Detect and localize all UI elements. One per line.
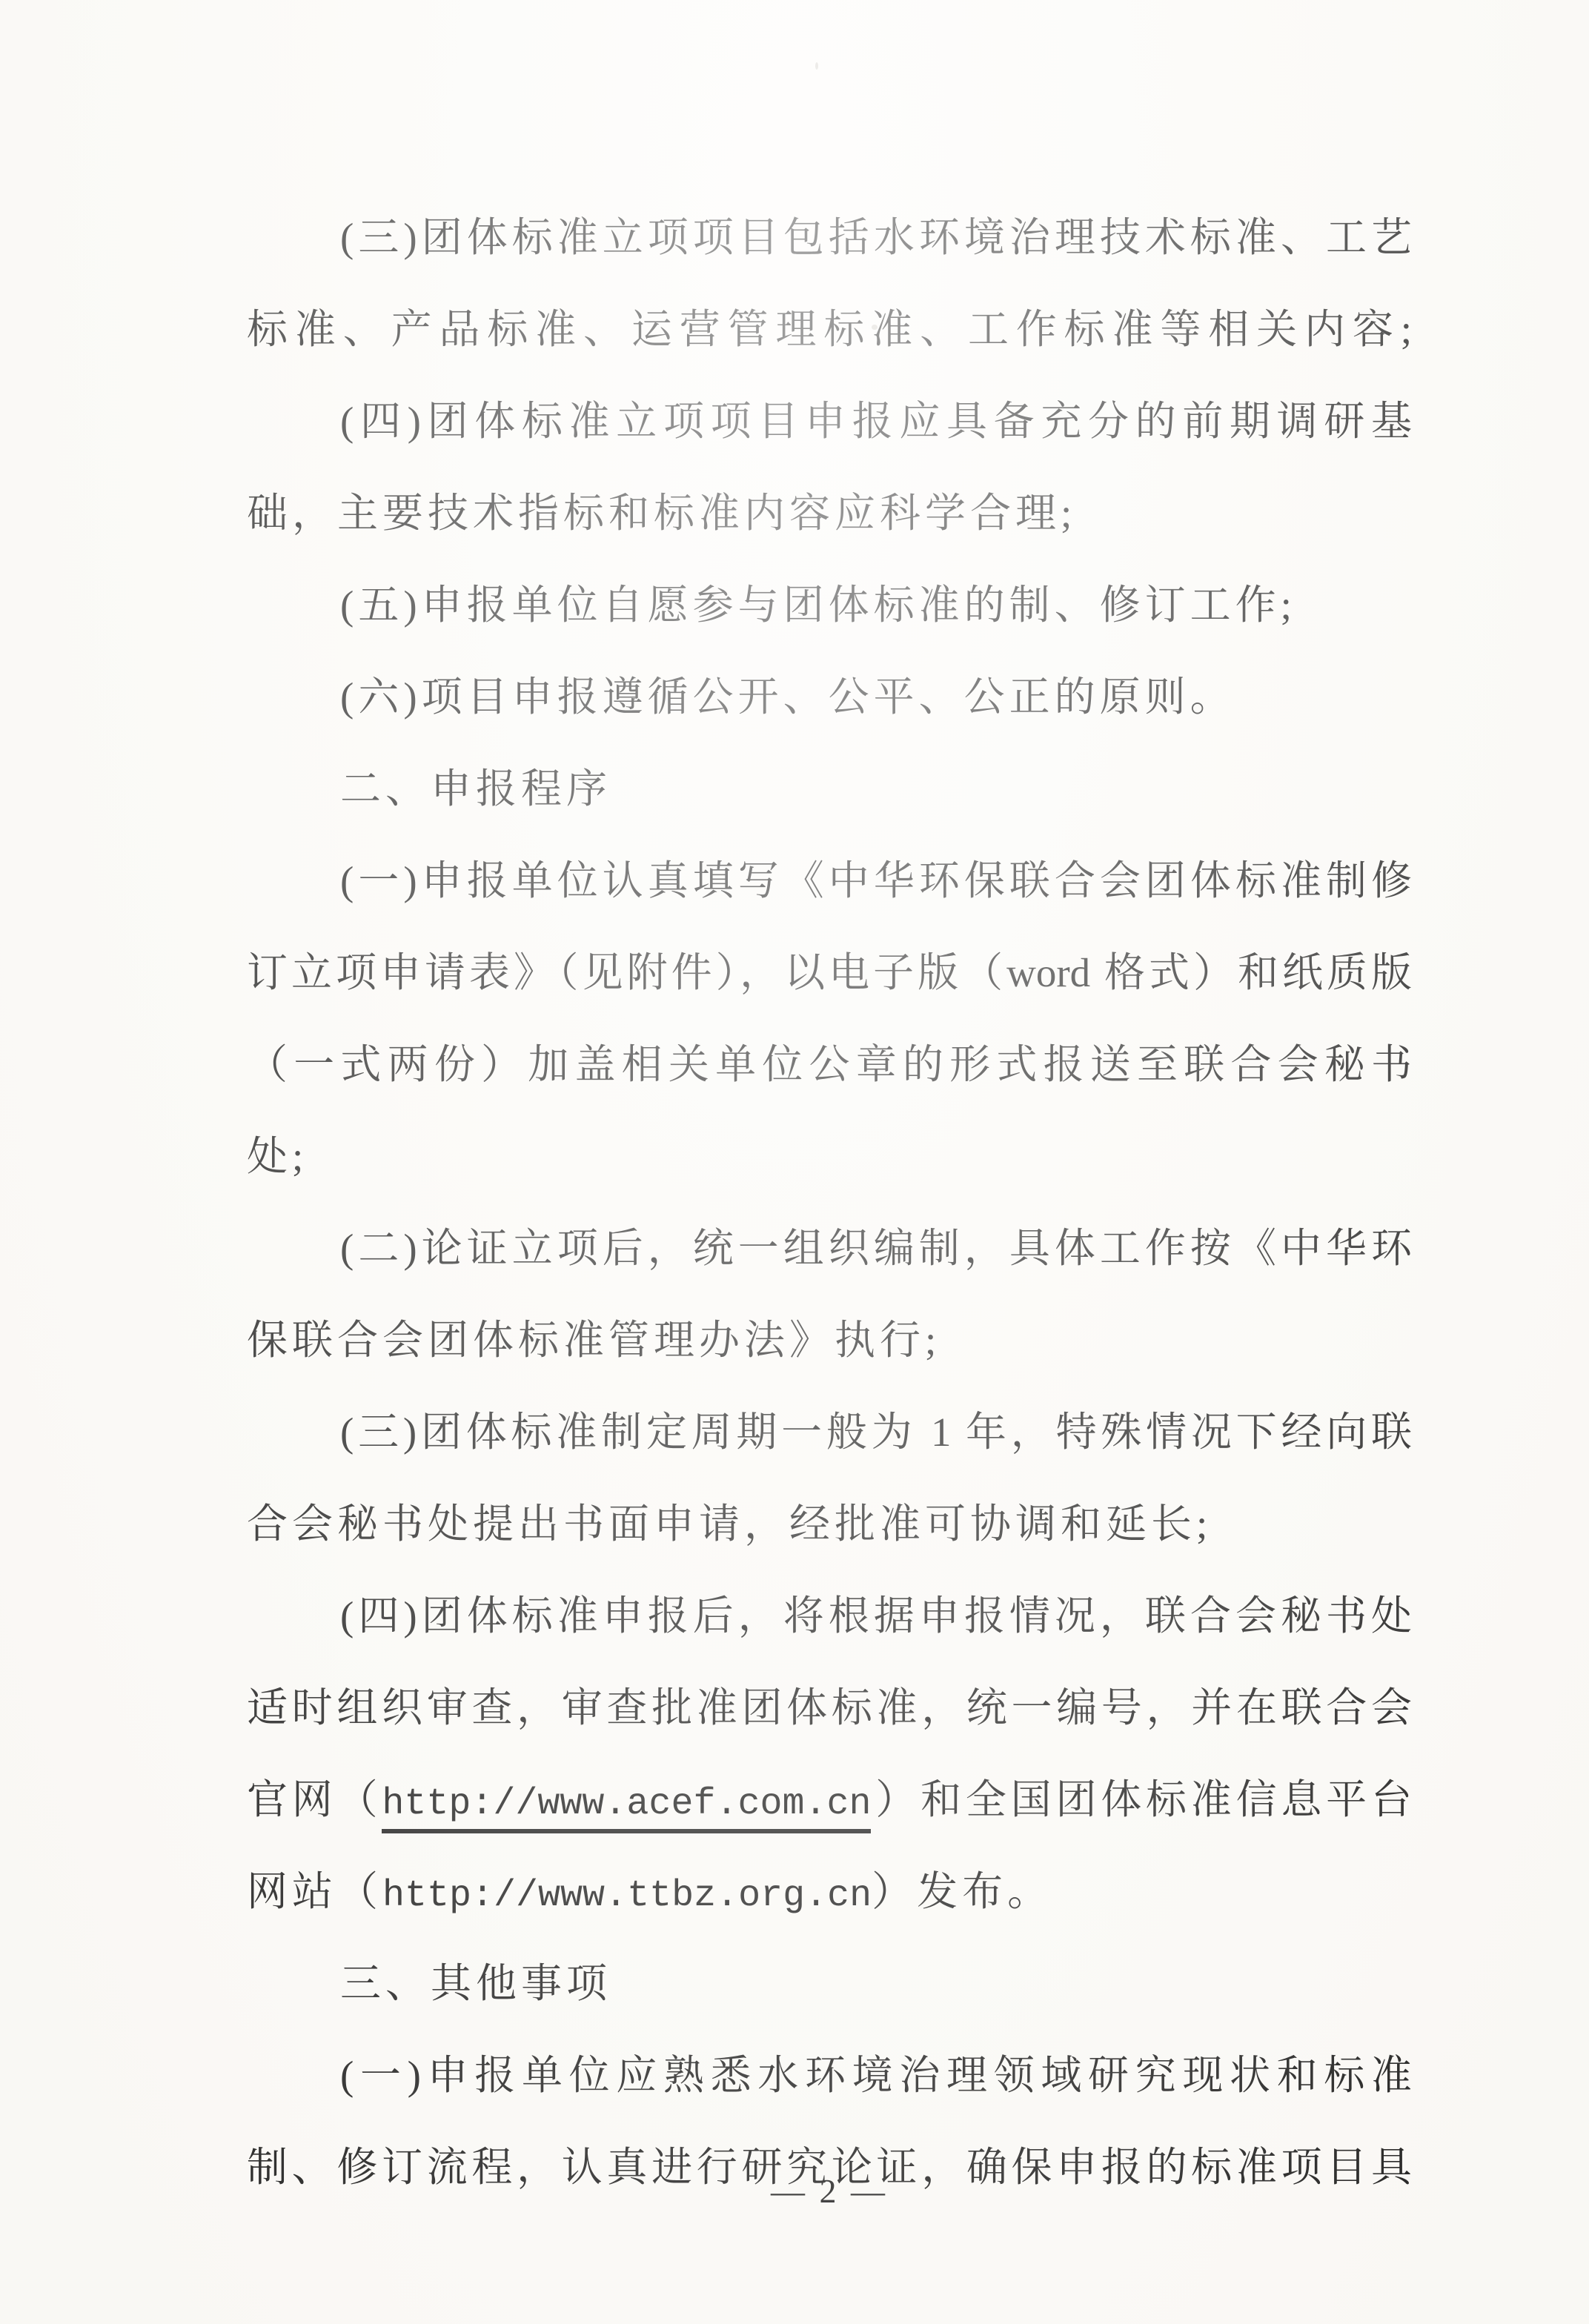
scan-speck <box>872 325 878 330</box>
text-line: (一)申报单位应熟悉水环境治理领域研究现状和标准 <box>247 2030 1412 2122</box>
text-line: (四)团体标准申报后，将根据申报情况，联合会秘书处 <box>247 1570 1412 1662</box>
text-line-acef-url: 官网（http://www.acef.com.cn）和全国团体标准信息平台 <box>247 1754 1412 1846</box>
text-line: (五)申报单位自愿参与团体标准的制、修订工作; <box>247 560 1412 651</box>
text-line: (六)项目申报遵循公开、公平、公正的原则。 <box>247 651 1412 743</box>
text-line-ttbz-url: 网站（http://www.ttbz.org.cn）发布。 <box>247 1846 1412 1938</box>
scan-speck <box>815 62 818 70</box>
section-heading-2: 二、申报程序 <box>247 743 1412 835</box>
url-suffix-text: ）发布。 <box>872 1869 1052 1914</box>
url-prefix-text: 网站（ <box>247 1869 382 1914</box>
url-suffix-text: ）和全国团体标准信息平台 <box>871 1777 1412 1822</box>
document-body: (三)团体标准立项项目包括水环境治理技术标准、工艺 标准、产品标准、运营管理标准… <box>247 192 1412 2214</box>
ttbz-website-url: http://www.ttbz.org.cn <box>382 1875 872 1917</box>
text-line: 保联合会团体标准管理办法》执行; <box>247 1295 1412 1387</box>
page-number: — 2 — <box>247 2165 1412 2217</box>
text-line: 处; <box>247 1111 1412 1203</box>
url-prefix-text: 官网（ <box>247 1777 382 1822</box>
scanned-document-page: (三)团体标准立项项目包括水环境治理技术标准、工艺 标准、产品标准、运营管理标准… <box>0 0 1589 2324</box>
text-line: （一式两份）加盖相关单位公章的形式报送至联合会秘书 <box>247 1019 1412 1111</box>
text-line: (三)团体标准立项项目包括水环境治理技术标准、工艺 <box>247 192 1412 284</box>
text-line: (二)论证立项后，统一组织编制，具体工作按《中华环 <box>247 1203 1412 1295</box>
acef-website-url: http://www.acef.com.cn <box>382 1783 871 1833</box>
text-line: 合会秘书处提出书面申请，经批准可协调和延长; <box>247 1478 1412 1570</box>
section-heading-3: 三、其他事项 <box>247 1938 1412 2030</box>
text-line: (三)团体标准制定周期一般为 1 年，特殊情况下经向联 <box>247 1387 1412 1478</box>
text-line: 适时组织审查，审查批准团体标准，统一编号，并在联合会 <box>247 1662 1412 1754</box>
text-line: 订立项申请表》（见附件），以电子版（word 格式）和纸质版 <box>247 927 1412 1019</box>
text-line: (一)申报单位认真填写《中华环保联合会团体标准制修 <box>247 835 1412 927</box>
text-line: (四)团体标准立项项目申报应具备充分的前期调研基 <box>247 376 1412 468</box>
text-line: 标准、产品标准、运营管理标准、工作标准等相关内容; <box>247 284 1412 376</box>
text-line: 础，主要技术指标和标准内容应科学合理; <box>247 468 1412 560</box>
